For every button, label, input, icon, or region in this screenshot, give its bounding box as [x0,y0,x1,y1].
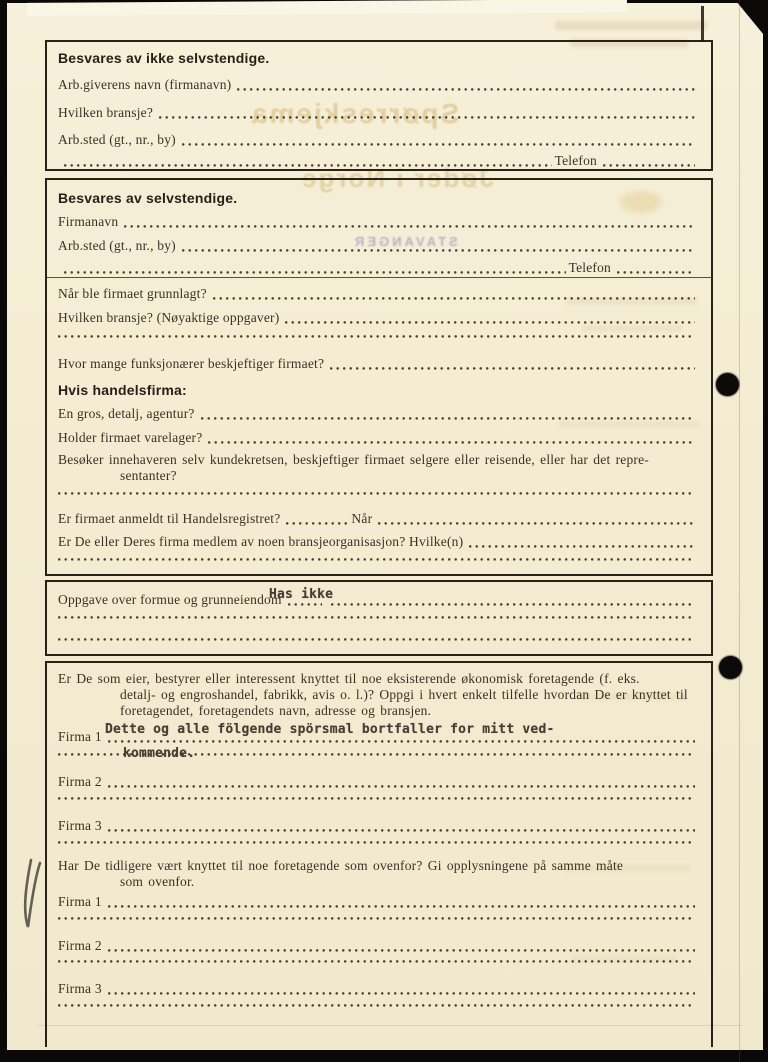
dotted-answer-line [58,1003,695,1008]
section-foretagende: Er De som eier, bestyrer eller interesse… [45,661,713,1047]
dotted-answer-line [58,840,695,845]
answer-line [58,796,698,802]
form-row-arbgiverens-navn: Arb.giverens navn (firmanavn) [58,77,698,93]
question-text: Har De tidligere vært knyttet til noe fo… [58,858,698,874]
dotted-answer-line [58,334,695,339]
typed-answer-has-ikke: Has ikke [269,587,333,602]
field-label: Firma 2 [58,938,102,954]
dotted-answer-line [108,739,695,744]
field-label-nar: Når [351,511,372,527]
question-text: Er De som eier, bestyrer eller interesse… [58,671,698,687]
dotted-answer-line [159,115,695,120]
scanned-page: Spørreskjema Jøder i Norge STAVANGER Bes… [0,0,768,1062]
section-formue: Oppgave over formue og grunneiendom Has … [45,580,713,656]
form-row-engros: En gros, detalj, agentur? [58,406,698,422]
form-row-firma2: Firma 2 [58,774,698,790]
form-row-firma1-tidligere: Firma 1 [58,894,698,910]
dotted-answer-line [58,916,695,921]
typed-answer-firma1-line1: Dette og alle fölgende spörsmal bortfall… [105,722,555,737]
answer-line [58,491,698,497]
field-label: Er De eller Deres firma medlem av noen b… [58,534,463,550]
form-row-arbsted: Arb.sted (gt., nr., by) [58,238,698,254]
dotted-answer-line [64,270,566,275]
form-row-telefon: Telefon [58,260,698,276]
question-text: Besøker innehaveren selv kundekretsen, b… [58,452,698,468]
form-row-medlem: Er De eller Deres firma medlem av noen b… [58,534,698,550]
question-text-continuation: som ovenfor. [120,874,698,890]
dotted-answer-line [58,557,695,562]
form-row-firma3-tidligere: Firma 3 [58,981,698,997]
dotted-answer-line [285,320,695,325]
answer-line [58,840,698,846]
punch-hole [716,373,739,396]
dotted-answer-line [58,615,695,620]
field-label: Arb.giverens navn (firmanavn) [58,77,231,93]
form-row-telefon: Telefon [58,153,698,169]
field-label: Firma 3 [58,818,102,834]
dotted-answer-line [213,296,695,301]
dotted-answer-line [330,366,695,371]
bleedthrough-smudge [555,21,707,30]
dotted-answer-line [286,521,348,526]
dotted-answer-line [288,602,322,607]
field-label: Arb.sted (gt., nr., by) [58,238,176,254]
section-heading: Besvares av ikke selvstendige. [58,50,269,66]
form-row-funksjonaerer: Hvor mange funksjonærer beskjeftiger fir… [58,356,698,372]
field-label: Arb.sted (gt., nr., by) [58,132,176,148]
dotted-answer-line [108,904,695,909]
field-label: Hvilken bransje? [58,105,153,121]
page-edge-line [739,0,740,1062]
dotted-answer-line [58,796,695,801]
section-selvstendige: Besvares av selvstendige. Firmanavn Arb.… [45,178,713,576]
dotted-answer-line [469,544,695,549]
field-label: Firma 2 [58,774,102,790]
form-row-grunnlagt: Når ble firmaet grunnlagt? [58,286,698,302]
field-label: Hvor mange funksjonærer beskjeftiger fir… [58,356,324,372]
section-ikke-selvstendige: Besvares av ikke selvstendige. Arb.giver… [45,40,713,171]
field-label: Hvilken bransje? (Nøyaktige oppgaver) [58,310,279,326]
section-divider [47,277,711,278]
field-label: Telefon [555,153,597,169]
field-label: Er firmaet anmeldt til Handelsregistret? [58,511,280,527]
field-label: Holder firmaet varelager? [58,430,202,446]
subsection-heading-handelsfirma: Hvis handelsfirma: [58,382,187,398]
typed-answer-firma1-line2: kommende. [123,746,195,761]
dotted-answer-line [58,637,695,642]
punch-hole [719,656,742,679]
field-label: Når ble firmaet grunnlagt? [58,286,207,302]
question-text-continuation: detalj- og engroshandel, fabrikk, avis o… [120,687,698,703]
dotted-answer-line [201,416,695,421]
answer-line [58,615,698,621]
answer-line [58,1003,698,1009]
field-label: Firma 1 [58,729,102,745]
question-text-continuation: sentanter? [120,468,698,484]
section-heading: Besvares av selvstendige. [58,190,237,206]
form-row-formue: Oppgave over formue og grunneiendom [58,592,698,608]
continuation-line [58,334,698,340]
field-label: Firma 1 [58,894,102,910]
form-row-firmanavn: Firmanavn [58,214,698,230]
underlying-sheet-edge [27,0,627,16]
form-row-firma2-tidligere: Firma 2 [58,938,698,954]
dotted-answer-line [64,163,552,168]
answer-line [58,557,698,563]
answer-line [58,959,698,965]
dotted-answer-line [108,784,695,789]
scan-edge-mark [701,6,704,42]
form-row-arbsted: Arb.sted (gt., nr., by) [58,132,698,148]
form-row-bransje: Hvilken bransje? (Nøyaktige oppgaver) [58,310,698,326]
dotted-answer-line [108,828,695,833]
dotted-answer-line [182,248,695,253]
answer-line [58,637,698,643]
dotted-answer-line [108,991,695,996]
field-label: Telefon [569,260,611,276]
dotted-answer-line [58,959,695,964]
dotted-answer-line [182,142,695,147]
handwritten-checkmark [12,850,52,945]
dotted-answer-line [603,163,695,168]
dotted-answer-line [124,224,695,229]
question-text-continuation: foretagendet, foretagendets navn, adress… [120,703,698,719]
field-label: En gros, detalj, agentur? [58,406,195,422]
dotted-answer-line [237,87,695,92]
dotted-answer-line [108,948,695,953]
dotted-answer-line [331,602,695,607]
field-label: Oppgave over formue og grunneiendom [58,592,282,608]
dotted-answer-line [208,440,695,445]
form-row-hvilken-bransje: Hvilken bransje? [58,105,698,121]
dotted-answer-line [617,270,695,275]
dotted-answer-line [378,521,695,526]
field-label: Firmanavn [58,214,118,230]
form-row-varelager: Holder firmaet varelager? [58,430,698,446]
form-row-handelsregistret: Er firmaet anmeldt til Handelsregistret?… [58,511,698,527]
dotted-answer-line [58,491,695,496]
answer-line [58,916,698,922]
field-label: Firma 3 [58,981,102,997]
form-row-firma3: Firma 3 [58,818,698,834]
